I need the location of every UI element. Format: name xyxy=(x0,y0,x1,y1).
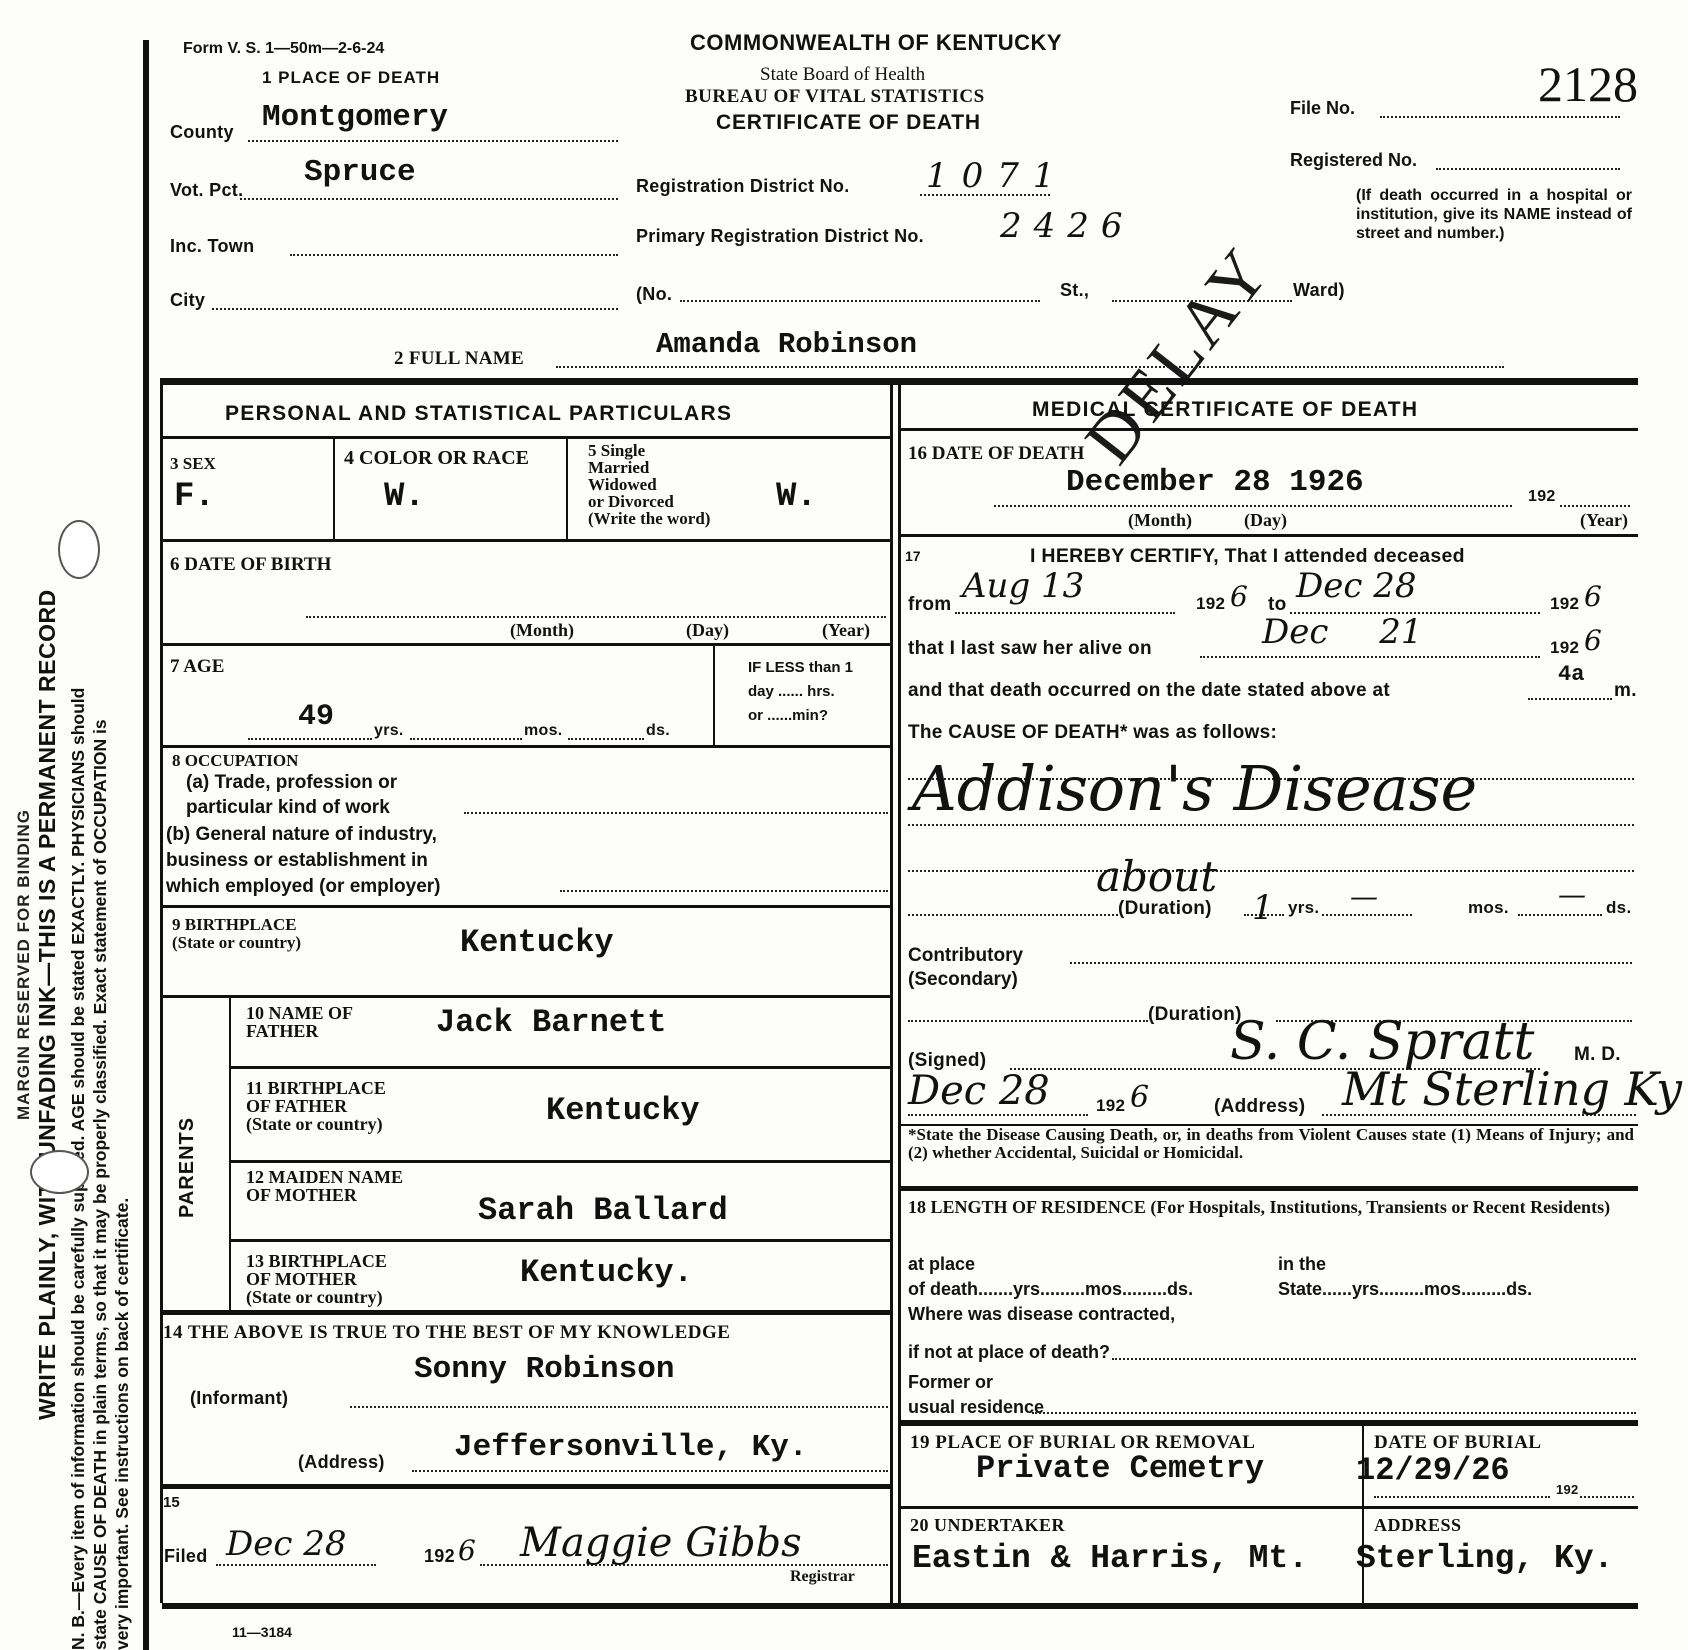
race-value[interactable]: W. xyxy=(384,478,425,516)
age-years-value[interactable]: 49 xyxy=(298,700,334,734)
filed-number: 15 xyxy=(163,1494,180,1511)
less-than-day-label: IF LESS than 1 day ...... hrs. or ......… xyxy=(748,656,853,728)
cause-value[interactable]: Addison's Disease xyxy=(912,752,1477,825)
margin-reserved: MARGIN RESERVED FOR BINDING xyxy=(14,809,34,1120)
registered-no-label: Registered No. xyxy=(1290,150,1417,171)
filed-year-prefix: 192 xyxy=(424,1546,455,1567)
signed-date-value[interactable]: Dec 28 xyxy=(908,1068,1050,1114)
attended-from-value[interactable]: Aug 13 xyxy=(962,566,1084,606)
death-time-label: and that death occurred on the date stat… xyxy=(908,680,1390,702)
certificate-title: CERTIFICATE OF DEATH xyxy=(716,111,981,135)
birthplace-label: 9 BIRTHPLACE (State or country) xyxy=(172,916,301,952)
death-year-label: (Year) xyxy=(1580,512,1628,529)
vot-pct-value[interactable]: Spruce xyxy=(304,155,416,190)
age-mos-label: mos. xyxy=(524,722,563,740)
certify-text: I HEREBY CERTIFY, That I attended deceas… xyxy=(1030,545,1465,568)
bureau-name: BUREAU OF VITAL STATISTICS xyxy=(685,86,985,108)
occupation-label: 8 OCCUPATION xyxy=(172,752,298,769)
occupation-b-label: (b) General nature of industry, business… xyxy=(166,822,441,900)
duration-mos-label: mos. xyxy=(1468,898,1509,918)
residence-label: 18 LENGTH OF RESIDENCE (For Hospitals, I… xyxy=(908,1194,1634,1220)
sex-label: 3 SEX xyxy=(170,455,216,472)
dob-month-label: (Month) xyxy=(510,622,574,639)
vot-pct-label: Vot. Pct. xyxy=(170,180,243,201)
ward-label: Ward) xyxy=(1293,280,1345,301)
duration-years-value[interactable]: 1 xyxy=(1252,888,1274,928)
dob-field[interactable] xyxy=(306,616,886,618)
full-name-label: 2 FULL NAME xyxy=(394,348,524,370)
age-label: 7 AGE xyxy=(170,658,224,675)
from-year-prefix: 192 xyxy=(1196,594,1225,614)
birthplace-value[interactable]: Kentucky xyxy=(460,924,614,961)
death-month-label: (Month) xyxy=(1128,512,1192,529)
margin-nb-line2: state CAUSE OF DEATH in plain terms, so … xyxy=(90,719,111,1650)
date-of-death-label: 16 DATE OF DEATH xyxy=(908,445,1084,462)
signed-year-digit[interactable]: 6 xyxy=(1130,1080,1149,1115)
medical-section-title: MEDICAL CERTIFICATE OF DEATH xyxy=(1032,398,1418,422)
father-name-value[interactable]: Jack Barnett xyxy=(436,1004,666,1041)
file-number: 2128 xyxy=(1538,55,1638,113)
dob-label: 6 DATE OF BIRTH xyxy=(170,556,331,573)
filed-label: Filed xyxy=(164,1546,208,1567)
punch-hole-lower xyxy=(30,1150,89,1194)
undertaker-label: 20 UNDERTAKER xyxy=(910,1515,1065,1536)
duration2-label: (Duration) xyxy=(1148,1004,1242,1026)
occupation-a-label: (a) Trade, profession or particular kind… xyxy=(186,770,397,820)
father-name-label: 10 NAME OF FATHER xyxy=(246,1004,353,1040)
physician-address-value[interactable]: Mt Sterling Ky xyxy=(1342,1062,1682,1116)
cause-label: The CAUSE OF DEATH* was as follows: xyxy=(908,722,1277,744)
burial-date-label: DATE OF BURIAL xyxy=(1374,1432,1541,1454)
informant-address-value[interactable]: Jeffersonville, Ky. xyxy=(454,1430,807,1465)
contributory-field[interactable] xyxy=(1070,962,1632,964)
to-year-prefix: 192 xyxy=(1550,594,1579,614)
margin-write-plainly: WRITE PLAINLY, WITH UNFADING INK—THIS IS… xyxy=(34,589,61,1420)
file-no-label: File No. xyxy=(1290,98,1355,119)
signed-year-prefix: 192 xyxy=(1096,1096,1125,1116)
mother-name-label: 12 MAIDEN NAME OF MOTHER xyxy=(246,1168,403,1204)
full-name-value[interactable]: Amanda Robinson xyxy=(656,328,917,361)
attended-to-value[interactable]: Dec 28 xyxy=(1296,566,1417,606)
city-label: City xyxy=(170,290,205,311)
death-day-label: (Day) xyxy=(1244,512,1287,529)
duration-ds-value[interactable]: — xyxy=(1558,878,1586,911)
personal-section-title: PERSONAL AND STATISTICAL PARTICULARS xyxy=(225,402,732,426)
undertaker-address-label: ADDRESS xyxy=(1374,1515,1462,1536)
former-residence-label: Former or usual residence xyxy=(908,1370,1044,1420)
primary-reg-value[interactable]: 2426 xyxy=(1000,206,1135,246)
duration-yrs-label: yrs. xyxy=(1288,898,1319,918)
mother-birthplace-value[interactable]: Kentucky. xyxy=(520,1254,693,1291)
primary-reg-label: Primary Registration District No. xyxy=(636,226,924,247)
certify-number: 17 xyxy=(905,548,921,564)
informant-value[interactable]: Sonny Robinson xyxy=(414,1352,674,1387)
contracted-field[interactable] xyxy=(1112,1358,1636,1360)
place-of-death-label: 1 PLACE OF DEATH xyxy=(262,68,440,88)
dob-day-label: (Day) xyxy=(686,622,729,639)
duration-about[interactable]: about xyxy=(1096,852,1217,901)
age-yrs-label: yrs. xyxy=(374,722,404,740)
punch-hole-upper xyxy=(58,520,100,579)
sex-value[interactable]: F. xyxy=(174,478,215,516)
informant-address-label: (Address) xyxy=(298,1452,385,1473)
commonwealth-title: COMMONWEALTH OF KENTUCKY xyxy=(690,30,1062,56)
last-saw-value[interactable]: Dec 21 xyxy=(1262,612,1423,652)
duration-label: (Duration) xyxy=(1118,898,1212,920)
filed-date-value[interactable]: Dec 28 xyxy=(226,1524,347,1564)
at-place-label: at place of death.......yrs.........mos.… xyxy=(908,1252,1193,1302)
age-ds-label: ds. xyxy=(646,722,670,740)
reg-district-value[interactable]: 1071 xyxy=(926,156,1069,196)
informant-label: (Informant) xyxy=(190,1388,288,1409)
city-field[interactable] xyxy=(212,308,618,310)
father-birthplace-label: 11 BIRTHPLACE OF FATHER (State or countr… xyxy=(246,1079,386,1133)
informant-heading: 14 THE ABOVE IS TRUE TO THE BEST OF MY K… xyxy=(163,1324,730,1341)
reg-district-label: Registration District No. xyxy=(636,176,850,197)
form-number: Form V. S. 1—50m—2-6-24 xyxy=(183,40,384,58)
contracted-label: Where was disease contracted, xyxy=(908,1304,1175,1325)
form-footer-number: 11—3184 xyxy=(232,1624,292,1640)
no-label: (No. xyxy=(636,284,672,305)
duration-mos-value[interactable]: — xyxy=(1350,880,1378,913)
county-label: County xyxy=(170,122,234,143)
not-place-label: if not at place of death? xyxy=(908,1342,1110,1363)
to-year-digit[interactable]: 6 xyxy=(1584,580,1602,613)
race-label: 4 COLOR OR RACE xyxy=(344,450,529,467)
cause-footnote: *State the Disease Causing Death, or, in… xyxy=(908,1126,1634,1162)
burial-place-value[interactable]: Private Cemetry xyxy=(976,1450,1264,1487)
mother-birthplace-label: 13 BIRTHPLACE OF MOTHER (State or countr… xyxy=(246,1252,387,1306)
occupation-b-field[interactable] xyxy=(560,890,888,892)
board-name: State Board of Health xyxy=(760,64,925,86)
mother-name-value[interactable]: Sarah Ballard xyxy=(478,1192,728,1229)
from-year-digit[interactable]: 6 xyxy=(1230,580,1248,613)
last-saw-year-prefix: 192 xyxy=(1550,638,1579,658)
burial-date-value[interactable]: 12/29/26 xyxy=(1356,1452,1510,1489)
filed-year-digit[interactable]: 6 xyxy=(458,1534,476,1567)
physician-address-label: (Address) xyxy=(1214,1096,1305,1118)
death-time-value[interactable]: 4a xyxy=(1558,662,1584,687)
border-left xyxy=(143,40,149,1650)
registrar-label: Registrar xyxy=(790,1568,855,1585)
death-year-prefix: 192 xyxy=(1528,488,1556,506)
margin-nb-line3: very important. See instructions on back… xyxy=(112,1198,133,1650)
county-value[interactable]: Montgomery xyxy=(262,100,448,135)
undertaker-address-value[interactable]: Sterling, Ky. xyxy=(1356,1540,1613,1577)
registrar-signature[interactable]: Maggie Gibbs xyxy=(520,1520,802,1566)
inc-town-field[interactable] xyxy=(290,254,618,256)
parents-label: PARENTS xyxy=(176,1117,199,1218)
hospital-note: (If death occurred in a hospital or inst… xyxy=(1356,186,1632,243)
father-birthplace-value[interactable]: Kentucky xyxy=(546,1092,700,1129)
death-time-suffix: m. xyxy=(1614,680,1637,702)
former-residence-field[interactable] xyxy=(1032,1412,1636,1414)
duration-ds-label: ds. xyxy=(1606,898,1631,918)
delay-stamp: DELAY xyxy=(1070,232,1287,479)
st-label: St., xyxy=(1060,280,1089,301)
undertaker-value[interactable]: Eastin & Harris, Mt. xyxy=(912,1540,1308,1577)
occupation-a-field[interactable] xyxy=(464,812,888,814)
dob-year-label: (Year) xyxy=(822,622,870,639)
inc-town-label: Inc. Town xyxy=(170,236,254,257)
last-saw-year-digit[interactable]: 6 xyxy=(1584,624,1602,657)
contributory-label: Contributory (Secondary) xyxy=(908,944,1023,992)
from-label: from xyxy=(908,594,951,616)
in-state-label: in the State......yrs.........mos.......… xyxy=(1278,1252,1532,1302)
last-saw-label: that I last saw her alive on xyxy=(908,638,1152,660)
date-of-death-value[interactable]: December 28 1926 xyxy=(1066,465,1364,500)
burial-year-prefix: 192 xyxy=(1556,1482,1579,1497)
marital-value[interactable]: W. xyxy=(776,478,817,516)
marital-label: 5 Single Married Widowed or Divorced (Wr… xyxy=(588,442,710,527)
